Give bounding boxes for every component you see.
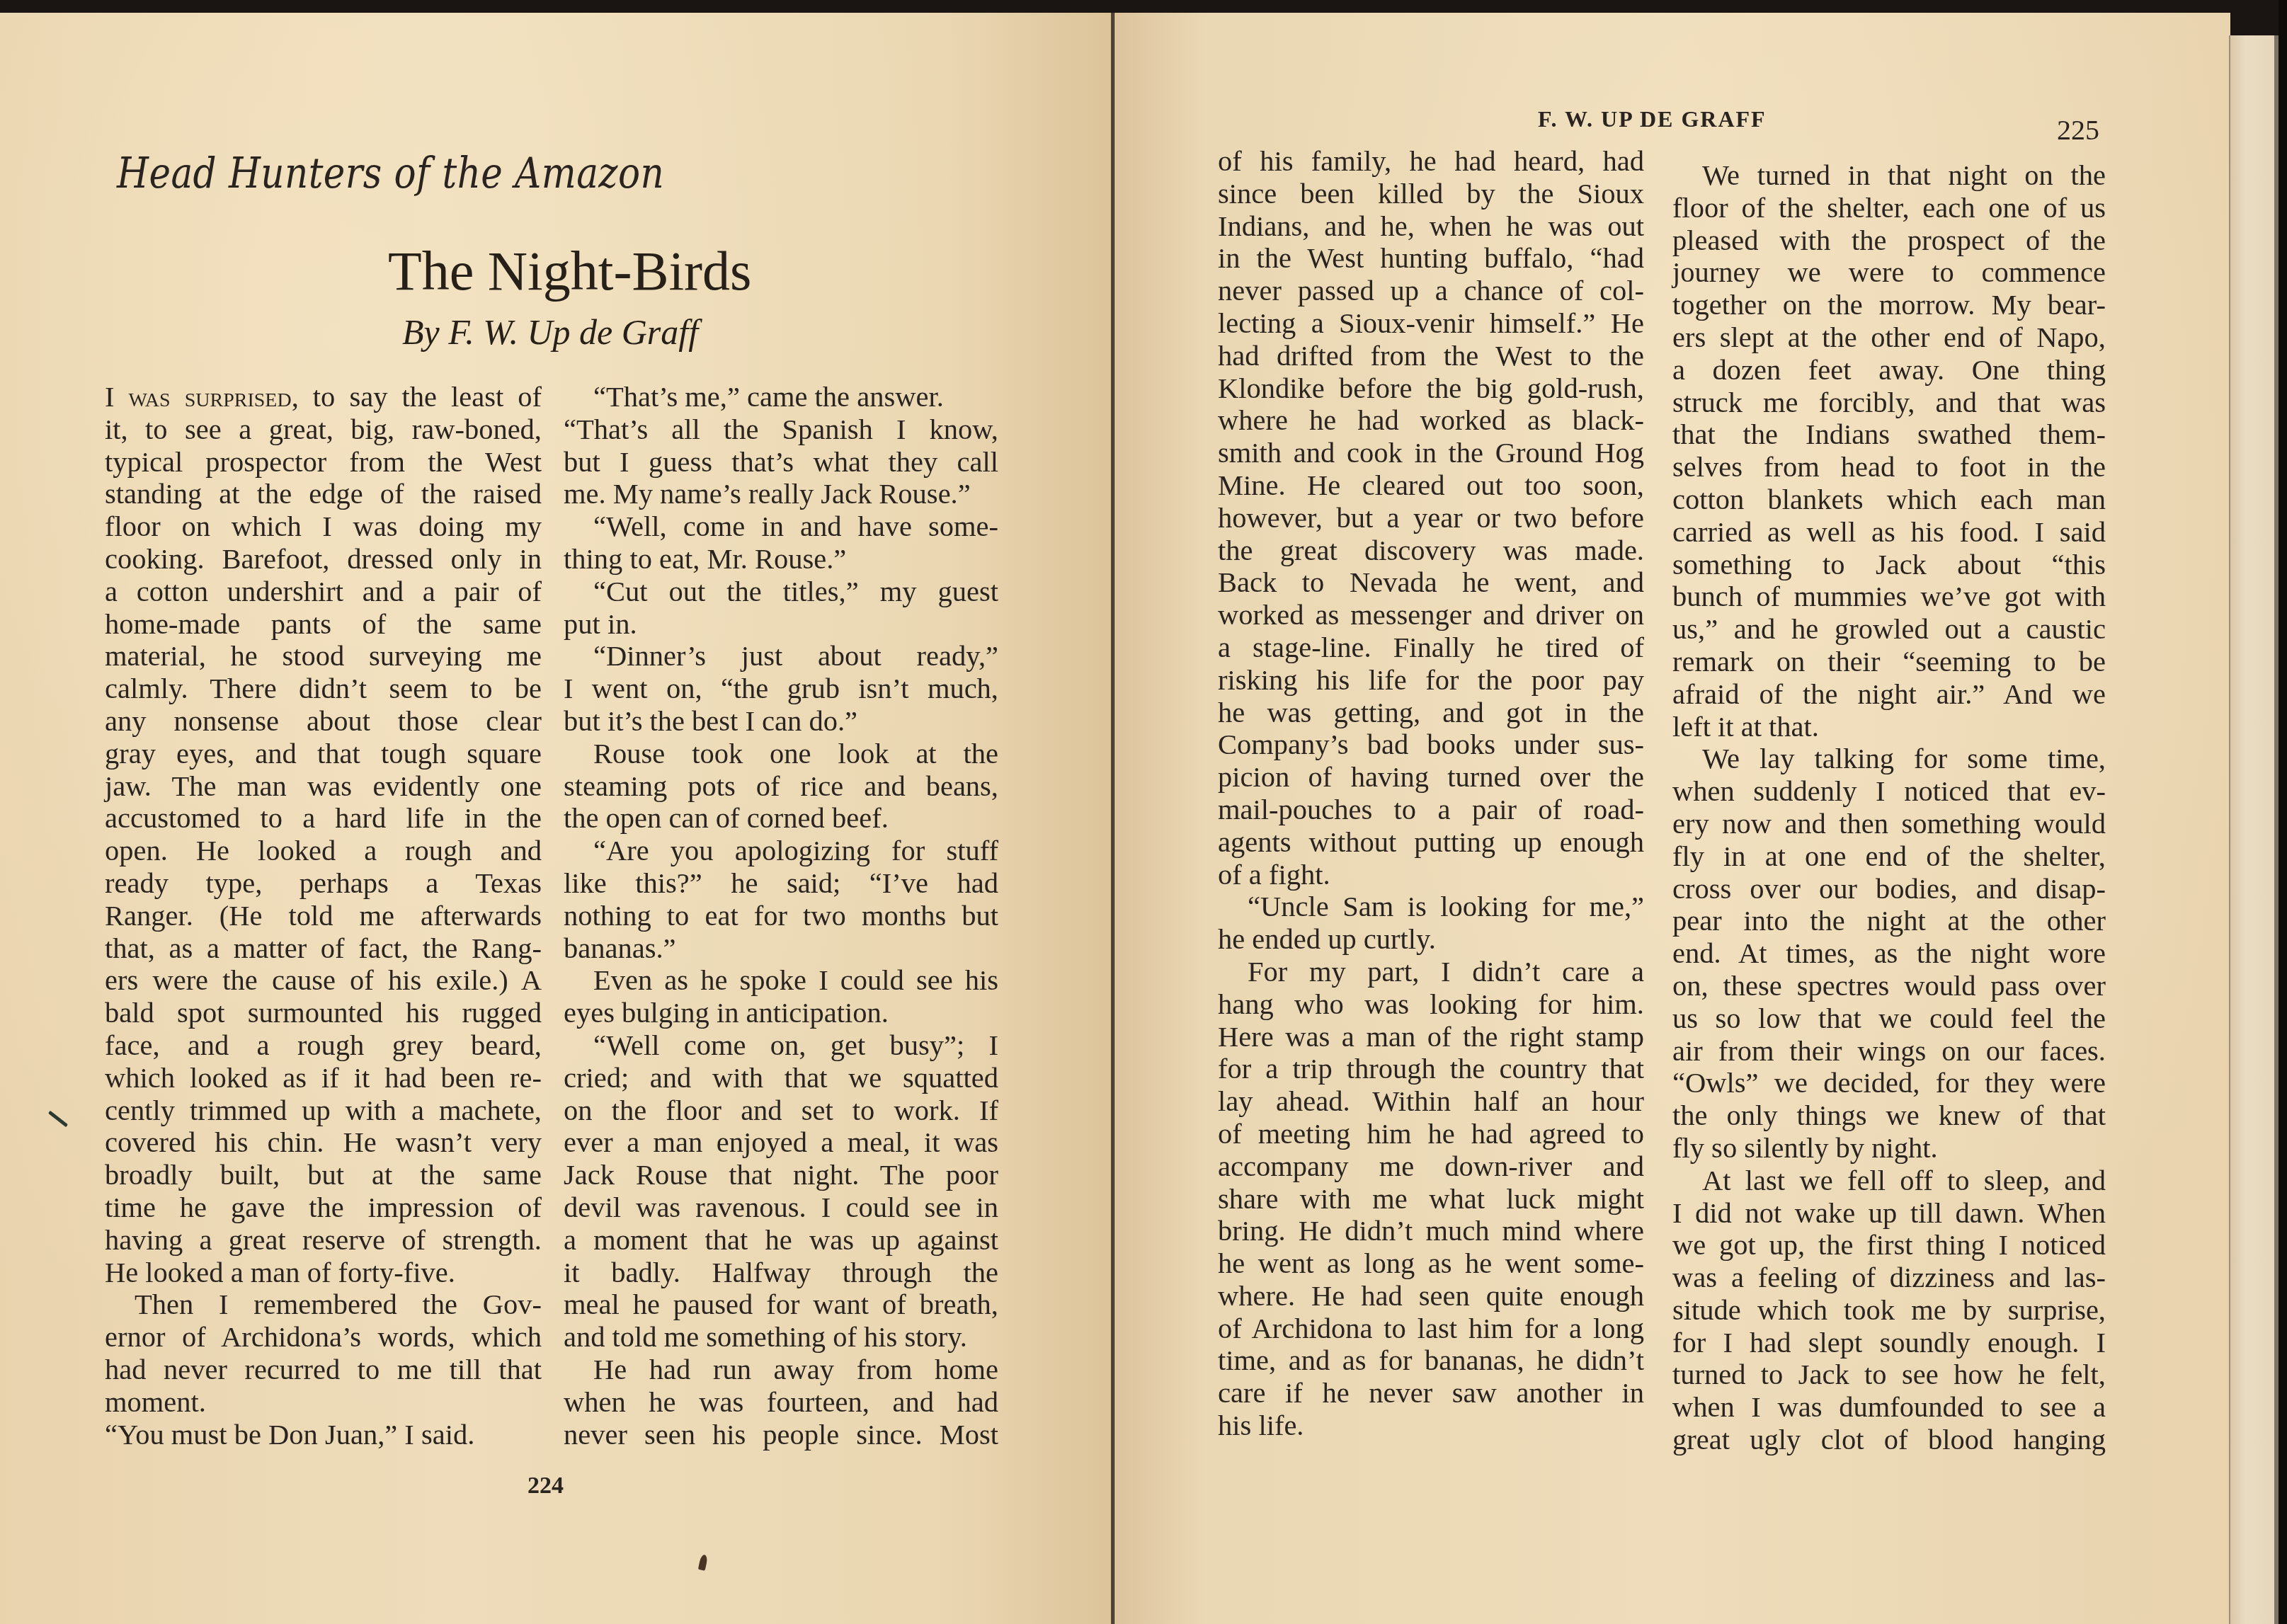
right-page-column-1: of his family, he had heard, hadsince be…: [1218, 145, 1644, 1442]
text-line: hang who was looking for him.: [1218, 988, 1644, 1021]
text-line: any nonsense about those clear: [105, 705, 542, 738]
text-line: fly in at one end of the shelter,: [1672, 840, 2106, 873]
text-line: steaming pots of rice and beans,: [564, 770, 998, 803]
text-line: covered his chin. He wasn’t very: [105, 1126, 542, 1159]
left-page-column-1: I was surprised, to say the least ofit, …: [105, 381, 542, 1451]
text-line: a cotton undershirt and a pair of: [105, 576, 542, 608]
text-line: pear into the night at the other: [1672, 905, 2106, 937]
text-line: Here was a man of the right stamp: [1218, 1021, 1644, 1053]
text-line: we got up, the first thing I noticed: [1672, 1229, 2106, 1262]
text-line: when he was fourteen, and had: [564, 1386, 998, 1419]
text-line: ernor of Archidona’s words, which: [105, 1321, 542, 1354]
text-line: carried as well as his food. I said: [1672, 516, 2106, 549]
text-line: gray eyes, and that tough square: [105, 738, 542, 770]
text-line: air from their wings on our faces.: [1672, 1035, 2106, 1068]
text-line: time he gave the impression of: [105, 1191, 542, 1224]
text-line: “Cut out the titles,” my guest: [564, 576, 998, 608]
scan-background: [2279, 0, 2287, 1624]
text-line: he went as long as he went some-: [1218, 1247, 1644, 1280]
text-line: face, and a rough grey beard,: [105, 1029, 542, 1062]
text-line: picion of having turned over the: [1218, 761, 1644, 794]
text-line: I went on, “the grub isn’t much,: [564, 673, 998, 705]
text-line: for a trip through the country that: [1218, 1053, 1644, 1085]
text-line: time, and as for bananas, he didn’t: [1218, 1344, 1644, 1377]
text-line: risking his life for the poor pay: [1218, 664, 1644, 697]
page-number-left: 224: [527, 1473, 564, 1499]
text-line: bald spot surmounted his rugged: [105, 997, 542, 1029]
text-line: I did not wake up till dawn. When: [1672, 1197, 2106, 1230]
book-gutter: [1111, 13, 1114, 1624]
text-line: of meeting him he had agreed to: [1218, 1118, 1644, 1150]
text-line: For my part, I didn’t care a: [1218, 956, 1644, 988]
text-line: open. He looked a rough and: [105, 835, 542, 867]
text-line: Then I remembered the Gov-: [105, 1288, 542, 1321]
text-line: material, he stood surveying me: [105, 640, 542, 673]
text-line: ers were the cause of his exile.) A: [105, 964, 542, 997]
text-line: where. He had seen quite enough: [1218, 1280, 1644, 1313]
text-line: accustomed to a hard life in the: [105, 802, 542, 835]
text-line: the great discovery was made.: [1218, 534, 1644, 567]
text-line: broadly built, but at the same: [105, 1159, 542, 1191]
text-line: was a feeling of dizziness and las-: [1672, 1262, 2106, 1294]
text-line: devil was ravenous. I could see in: [564, 1191, 998, 1224]
text-line: left it at that.: [1672, 711, 2106, 743]
text-line: of Archidona to last him for a long: [1218, 1313, 1644, 1345]
text-line: Indians, and he, when he was out: [1218, 210, 1644, 243]
text-line: but it’s the best I can do.”: [564, 705, 998, 738]
series-title: Head Hunters of the Amazon: [117, 149, 664, 198]
text-line: for I had slept soundly enough. I: [1672, 1327, 2106, 1359]
text-line: Back to Nevada he went, and: [1218, 566, 1644, 599]
text-line: calmly. There didn’t seem to be: [105, 673, 542, 705]
text-line: “Well, come in and have some-: [564, 510, 998, 543]
text-line: accompany me down-river and: [1218, 1150, 1644, 1183]
text-line: lay ahead. Within half an hour: [1218, 1085, 1644, 1118]
text-line: smith and cook in the Ground Hog: [1218, 437, 1644, 469]
text-line: mail-pouches to a pair of road-: [1218, 794, 1644, 826]
text-line: in the West hunting buffalo, “had: [1218, 242, 1644, 275]
text-line: “That’s me,” came the answer.: [564, 381, 998, 413]
text-line: had drifted from the West to the: [1218, 340, 1644, 372]
running-head: F. W. UP DE GRAFF: [1538, 106, 1767, 132]
text-line: remark on their “seeming to be: [1672, 646, 2106, 678]
text-line: ever a man enjoyed a meal, it was: [564, 1126, 998, 1159]
text-line: nothing to eat for two months but: [564, 900, 998, 932]
text-line: We lay talking for some time,: [1672, 743, 2106, 775]
text-line: had never recurred to me till that: [105, 1354, 542, 1386]
text-line: eyes bulging in anticipation.: [564, 997, 998, 1029]
text-line: afraid of the night air.” And we: [1672, 678, 2106, 711]
text-line: me. My name’s really Jack Rouse.”: [564, 478, 998, 510]
text-line: which looked as if it had been re-: [105, 1062, 542, 1094]
text-line: it badly. Halfway through the: [564, 1257, 998, 1289]
text-line: Ranger. (He told me afterwards: [105, 900, 542, 932]
text-line: the open can of corned beef.: [564, 802, 998, 835]
page-number-right: 225: [2057, 113, 2099, 147]
text-line: situde which took me by surprise,: [1672, 1294, 2106, 1327]
text-line: Mine. He cleared out too soon,: [1218, 469, 1644, 502]
text-line: where he had worked as black-: [1218, 404, 1644, 437]
page-edge-leaf: [2229, 35, 2280, 1624]
text-line: put in.: [564, 608, 998, 641]
text-line: agents without putting up enough: [1218, 826, 1644, 859]
drop-lead-smallcaps: I was surprised: [105, 381, 292, 413]
text-line: worked as messenger and driver on: [1218, 599, 1644, 631]
text-line: Klondike before the big gold-rush,: [1218, 372, 1644, 405]
text-line: he was getting, and got in the: [1218, 697, 1644, 729]
text-line: his life.: [1218, 1409, 1644, 1442]
text-line: us,” and he growled out a caustic: [1672, 613, 2106, 646]
text-line: bananas.”: [564, 932, 998, 965]
text-line: journey we were to commence: [1672, 256, 2106, 289]
text-line: “Dinner’s just about ready,”: [564, 640, 998, 673]
text-line: cently trimmed up with a machete,: [105, 1094, 542, 1127]
text-line: a stage-line. Finally he tired of: [1218, 631, 1644, 664]
text-line: Jack Rouse that night. The poor: [564, 1159, 998, 1191]
right-page-column-2: We turned in that night on thefloor of t…: [1672, 159, 2106, 1456]
text-line: moment.: [105, 1386, 542, 1419]
text-line: bring. He didn’t much mind where: [1218, 1215, 1644, 1247]
text-line: cried; and with that we squatted: [564, 1062, 998, 1094]
text-line: on, these spectres would pass over: [1672, 970, 2106, 1002]
text-line: ready type, perhaps a Texas: [105, 867, 542, 900]
text-line: jaw. The man was evidently one: [105, 770, 542, 803]
text-line: Even as he spoke I could see his: [564, 964, 998, 997]
text-line: Rouse took one look at the: [564, 738, 998, 770]
text-line: At last we fell off to sleep, and: [1672, 1165, 2106, 1197]
text-line: floor on which I was doing my: [105, 510, 542, 543]
text-line: however, but a year or two before: [1218, 502, 1644, 534]
text-line: on the floor and set to work. If: [564, 1094, 998, 1127]
text-line: the only things we knew of that: [1672, 1099, 2106, 1132]
text-line: ery now and then something would: [1672, 808, 2106, 840]
text-line: like this?” he said; “I’ve had: [564, 867, 998, 900]
text-line: fly so silently by night.: [1672, 1132, 2106, 1165]
text-line: standing at the edge of the raised: [105, 478, 542, 510]
text-line: We turned in that night on the: [1672, 159, 2106, 192]
text-line: great ugly clot of blood hanging: [1672, 1424, 2106, 1456]
text-line: he ended up curtly.: [1218, 923, 1644, 956]
text-line: “Owls” we decided, for they were: [1672, 1067, 2106, 1099]
text-line: “Uncle Sam is looking for me,”: [1218, 891, 1644, 923]
byline: By F. W. Up de Graff: [402, 311, 698, 353]
text-line: something to Jack about “this: [1672, 549, 2106, 581]
text-line: when I was dumfounded to see a: [1672, 1391, 2106, 1424]
text-line: “That’s all the Spanish I know,: [564, 413, 998, 446]
text-line: thing to eat, Mr. Rouse.”: [564, 543, 998, 576]
text-line: when suddenly I noticed that ev-: [1672, 775, 2106, 808]
text-line: selves from head to foot in the: [1672, 451, 2106, 484]
text-line: I was surprised, to say the least of: [105, 381, 542, 413]
text-line: He looked a man of forty-five.: [105, 1257, 542, 1289]
text-line: but I guess that’s what they call: [564, 446, 998, 479]
text-line: and told me something of his story.: [564, 1321, 998, 1354]
text-line: since been killed by the Sioux: [1218, 178, 1644, 210]
text-line: care if he never saw another in: [1218, 1377, 1644, 1409]
text-line: typical prospector from the West: [105, 446, 542, 479]
text-line: floor of the shelter, each one of us: [1672, 192, 2106, 224]
text-line: ers slept at the other end of Napo,: [1672, 321, 2106, 354]
text-line: a moment that he was up against: [564, 1224, 998, 1257]
text-line: lecting a Sioux-venir himself.” He: [1218, 307, 1644, 340]
text-line: cotton blankets which each man: [1672, 484, 2106, 516]
left-page-column-2: “That’s me,” came the answer.“That’s all…: [564, 381, 998, 1451]
text-line: “You must be Don Juan,” I said.: [105, 1419, 542, 1451]
text-line: struck me forcibly, and that was: [1672, 387, 2106, 419]
text-line: bunch of mummies we’ve got with: [1672, 581, 2106, 613]
text-line: pleased with the prospect of the: [1672, 224, 2106, 257]
text-line: a dozen feet away. One thing: [1672, 354, 2106, 387]
story-title: The Night-Birds: [388, 239, 751, 303]
text-line: turned to Jack to see how he felt,: [1672, 1359, 2106, 1391]
text-line: never passed up a chance of col-: [1218, 275, 1644, 307]
text-line: end. At times, as the night wore: [1672, 937, 2106, 970]
text-line: of a fight.: [1218, 859, 1644, 891]
text-line: never seen his people since. Most: [564, 1419, 998, 1451]
text-line: that the Indians swathed them-: [1672, 418, 2106, 451]
text-line: us so low that we could feel the: [1672, 1002, 2106, 1035]
text-line: cooking. Barefoot, dressed only in: [105, 543, 542, 576]
text-line: together on the morrow. My bear-: [1672, 289, 2106, 321]
text-line: He had run away from home: [564, 1354, 998, 1386]
text-line: having a great reserve of strength.: [105, 1224, 542, 1257]
text-line: home-made pants of the same: [105, 608, 542, 641]
text-line: it, to see a great, big, raw-boned,: [105, 413, 542, 446]
text-line: “Well come on, get busy”; I: [564, 1029, 998, 1062]
text-line: of his family, he had heard, had: [1218, 145, 1644, 178]
text-line: Company’s bad books under sus-: [1218, 728, 1644, 761]
text-line: share with me what luck might: [1218, 1183, 1644, 1216]
text-line: that, as a matter of fact, the Rang-: [105, 932, 542, 965]
text-line: cross over our bodies, and disap-: [1672, 873, 2106, 905]
text-line: meal he paused for want of breath,: [564, 1288, 998, 1321]
text-line: “Are you apologizing for stuff: [564, 835, 998, 867]
